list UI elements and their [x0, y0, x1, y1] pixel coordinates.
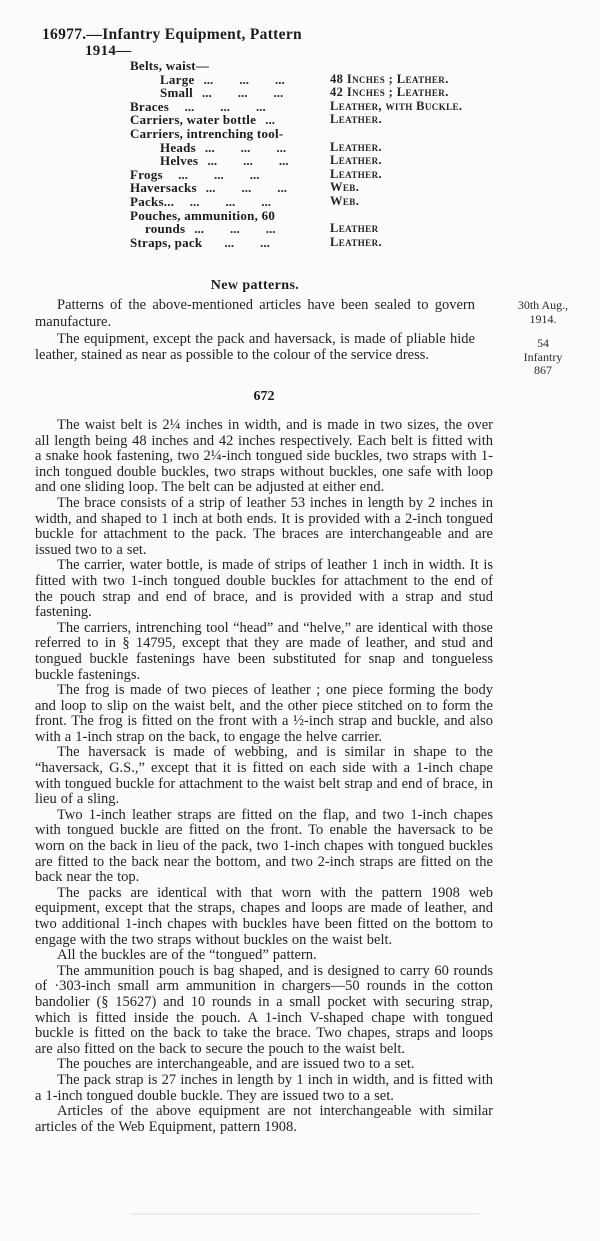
equipment-item-label: Carriers, intrenching tool-	[130, 126, 283, 141]
margin-note-line: Infantry	[487, 351, 599, 365]
intro-section: Patterns of the above-mentioned articles…	[35, 297, 595, 364]
margin-note-line: 1914.	[487, 313, 599, 327]
equipment-list-row: Belts, waist—	[0, 59, 600, 73]
body-paragraph: Two 1-inch leather straps are fitted on …	[35, 808, 493, 886]
entry-heading-line2: 1914—	[85, 43, 132, 60]
body-paragraph: The waist belt is 2¼ inches in width, an…	[35, 418, 493, 496]
equipment-list-row: rounds... ... ... Leather	[0, 222, 600, 236]
equipment-item-value: Leather	[330, 222, 378, 236]
equipment-item-value: Web.	[330, 195, 359, 209]
page-number: 672	[35, 389, 493, 405]
body-paragraph: The frog is made of two pieces of leathe…	[35, 683, 493, 745]
intro-paragraph: The equipment, except the pack and haver…	[35, 331, 475, 365]
equipment-list-row: Small... ... ... 42 Inches ; Leather.	[0, 86, 600, 100]
equipment-list-row: Pouches, ammunition, 60	[0, 209, 600, 223]
equipment-item-value: Leather.	[330, 168, 382, 182]
equipment-item-label: Helves	[160, 153, 198, 168]
margin-note-sealed-date: 30th Aug., 1914.	[487, 299, 599, 326]
body-paragraph: The ammunition pouch is bag shaped, and …	[35, 964, 493, 1058]
body-paragraph: The brace consists of a strip of leather…	[35, 496, 493, 558]
equipment-item-label: Straps, pack	[130, 235, 202, 250]
equipment-item-value: Web.	[330, 181, 359, 195]
margin-note-reference: 54 Infantry 867	[487, 337, 599, 378]
equipment-list-row: Straps, pack ... ... Leather.	[0, 236, 600, 250]
dot-leader: ... ... ...	[194, 221, 275, 236]
body-paragraph: All the buckles are of the “tongued” pat…	[35, 948, 493, 964]
body-paragraph: The pack strap is 27 inches in length by…	[35, 1073, 493, 1104]
equipment-list-row: Packs... ... ... ... Web.	[0, 195, 600, 209]
equipment-list-row: Braces ... ... ... Leather, with Buckle.	[0, 100, 600, 114]
scan-smudge-artifact	[130, 1213, 480, 1215]
body-paragraph: The pouches are interchangeable, and are…	[35, 1057, 493, 1073]
body-paragraph: Articles of the above equipment are not …	[35, 1104, 493, 1135]
equipment-list-row: Frogs ... ... ... Leather.	[0, 168, 600, 182]
equipment-list: Belts, waist— Large... ... ... 48 Inches…	[0, 59, 600, 249]
equipment-item-value: Leather, with Buckle.	[330, 100, 462, 114]
entry-heading-line1: 16977.—Infantry Equipment, Pattern	[42, 26, 302, 44]
equipment-list-row: Large... ... ... 48 Inches ; Leather.	[0, 73, 600, 87]
equipment-list-row: Heads... ... ... Leather.	[0, 141, 600, 155]
equipment-item-value: Leather.	[330, 141, 382, 155]
equipment-item-value: Leather.	[330, 113, 382, 127]
body-paragraph: The carrier, water bottle, is made of st…	[35, 558, 493, 620]
margin-note-line: 30th Aug.,	[487, 299, 599, 313]
equipment-item-value: 48 Inches ; Leather.	[330, 73, 449, 87]
body-paragraph: The haversack is made of webbing, and is…	[35, 745, 493, 807]
body-paragraph: The packs are identical with that worn w…	[35, 886, 493, 948]
margin-note-line: 867	[487, 364, 599, 378]
document-page: 16977.—Infantry Equipment, Pattern 1914—…	[0, 0, 600, 1241]
dot-leader: ... ... ...	[207, 153, 288, 168]
dot-leader: ... ...	[211, 235, 270, 250]
equipment-list-row: Helves... ... ... Leather.	[0, 154, 600, 168]
dot-leader: ... ... ...	[202, 85, 283, 100]
equipment-list-row: Carriers, water bottle... Leather.	[0, 113, 600, 127]
equipment-item-value: Leather.	[330, 154, 382, 168]
equipment-list-row: Haversacks... ... ... Web.	[0, 181, 600, 195]
body-paragraph: The carriers, intrenching tool “head” an…	[35, 621, 493, 683]
body-text-column: The waist belt is 2¼ inches in width, an…	[35, 418, 493, 1135]
equipment-list-row: Carriers, intrenching tool-	[0, 127, 600, 141]
margin-note-line: 54	[487, 337, 599, 351]
equipment-item-value: Leather.	[330, 236, 382, 250]
intro-paragraph: Patterns of the above-mentioned articles…	[35, 297, 475, 331]
equipment-item-value: 42 Inches ; Leather.	[330, 86, 449, 100]
section-heading-new-patterns: New patterns.	[0, 278, 510, 294]
